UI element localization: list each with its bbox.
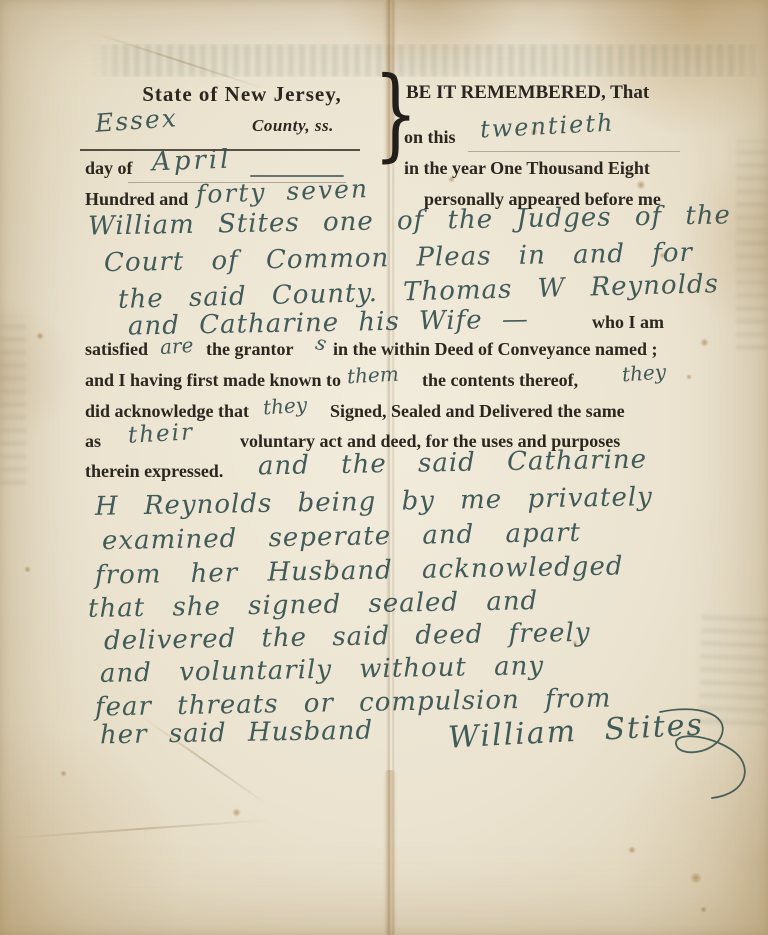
county-name-handwritten: Essex xyxy=(94,103,179,138)
examination-line-1: H Reynolds being by me privately xyxy=(95,482,653,522)
contents-thereof-text: the contents thereof, xyxy=(422,370,578,391)
are-handwritten: are xyxy=(159,333,194,359)
fox-spot xyxy=(700,906,707,913)
document-scan: State of New Jersey, Essex County, ss. }… xyxy=(0,0,768,935)
date-word-handwritten: twentieth xyxy=(479,109,615,144)
fox-spot xyxy=(232,808,241,817)
examination-line-0: and the said Catharine xyxy=(258,445,647,482)
fox-spot xyxy=(60,770,67,777)
as-text: as xyxy=(85,431,101,452)
who-i-am-text: who I am xyxy=(592,312,664,333)
fox-spot xyxy=(690,872,702,884)
hundred-and-label: Hundred and xyxy=(85,189,188,210)
date-underline xyxy=(468,151,680,152)
made-known-text: and I having first made known to xyxy=(85,370,341,391)
bleedthrough-right-margin-1 xyxy=(736,140,768,350)
day-of-label: day of xyxy=(85,158,133,179)
therein-expressed-text: therein expressed. xyxy=(85,461,223,482)
examination-line-2: examined seperate and apart xyxy=(102,518,581,556)
bleedthrough-left-margin xyxy=(0,315,26,485)
their-handwritten: their xyxy=(127,419,194,448)
signed-sealed-text: Signed, Sealed and Delivered the same xyxy=(330,401,625,422)
them-handwritten: them xyxy=(346,362,399,389)
examination-line-8: her said Husband xyxy=(100,716,374,751)
they-handwritten-2: they xyxy=(262,392,308,419)
header-brace: } xyxy=(374,64,419,164)
fold-stain-bottom xyxy=(383,770,397,935)
satisfied-text: satisfied xyxy=(85,339,148,360)
in-the-year-text: in the year One Thousand Eight xyxy=(404,158,650,179)
be-it-remembered: BE IT REMEMBERED, That xyxy=(406,82,649,104)
fox-spot xyxy=(628,846,636,854)
crease-bottom-left-1 xyxy=(10,819,270,839)
examination-line-5: delivered the said deed freely xyxy=(104,618,591,656)
they-handwritten-1: they xyxy=(621,359,667,386)
signature-flourish xyxy=(652,704,762,809)
the-grantor-text: the grantor xyxy=(206,339,293,360)
state-title: State of New Jersey, xyxy=(118,82,366,107)
bleedthrough-top-band xyxy=(90,44,768,77)
examination-line-4: that she signed sealed and xyxy=(88,586,539,624)
did-acknowledge-text: did acknowledge that xyxy=(85,401,249,422)
month-handwritten: April xyxy=(152,145,232,178)
examination-line-3: from her Husband acknowledged xyxy=(95,551,624,590)
year-words-handwritten: forty seven xyxy=(196,174,370,209)
fox-spot xyxy=(686,374,692,380)
fox-spot xyxy=(700,338,709,347)
on-this-label: on this xyxy=(404,127,456,148)
within-deed-text: in the within Deed of Conveyance named ; xyxy=(333,339,658,360)
fox-spot xyxy=(24,566,31,573)
examination-line-6: and voluntarily without any xyxy=(100,651,545,689)
county-ss-label: County, ss. xyxy=(252,116,334,136)
fox-spot xyxy=(36,332,44,340)
